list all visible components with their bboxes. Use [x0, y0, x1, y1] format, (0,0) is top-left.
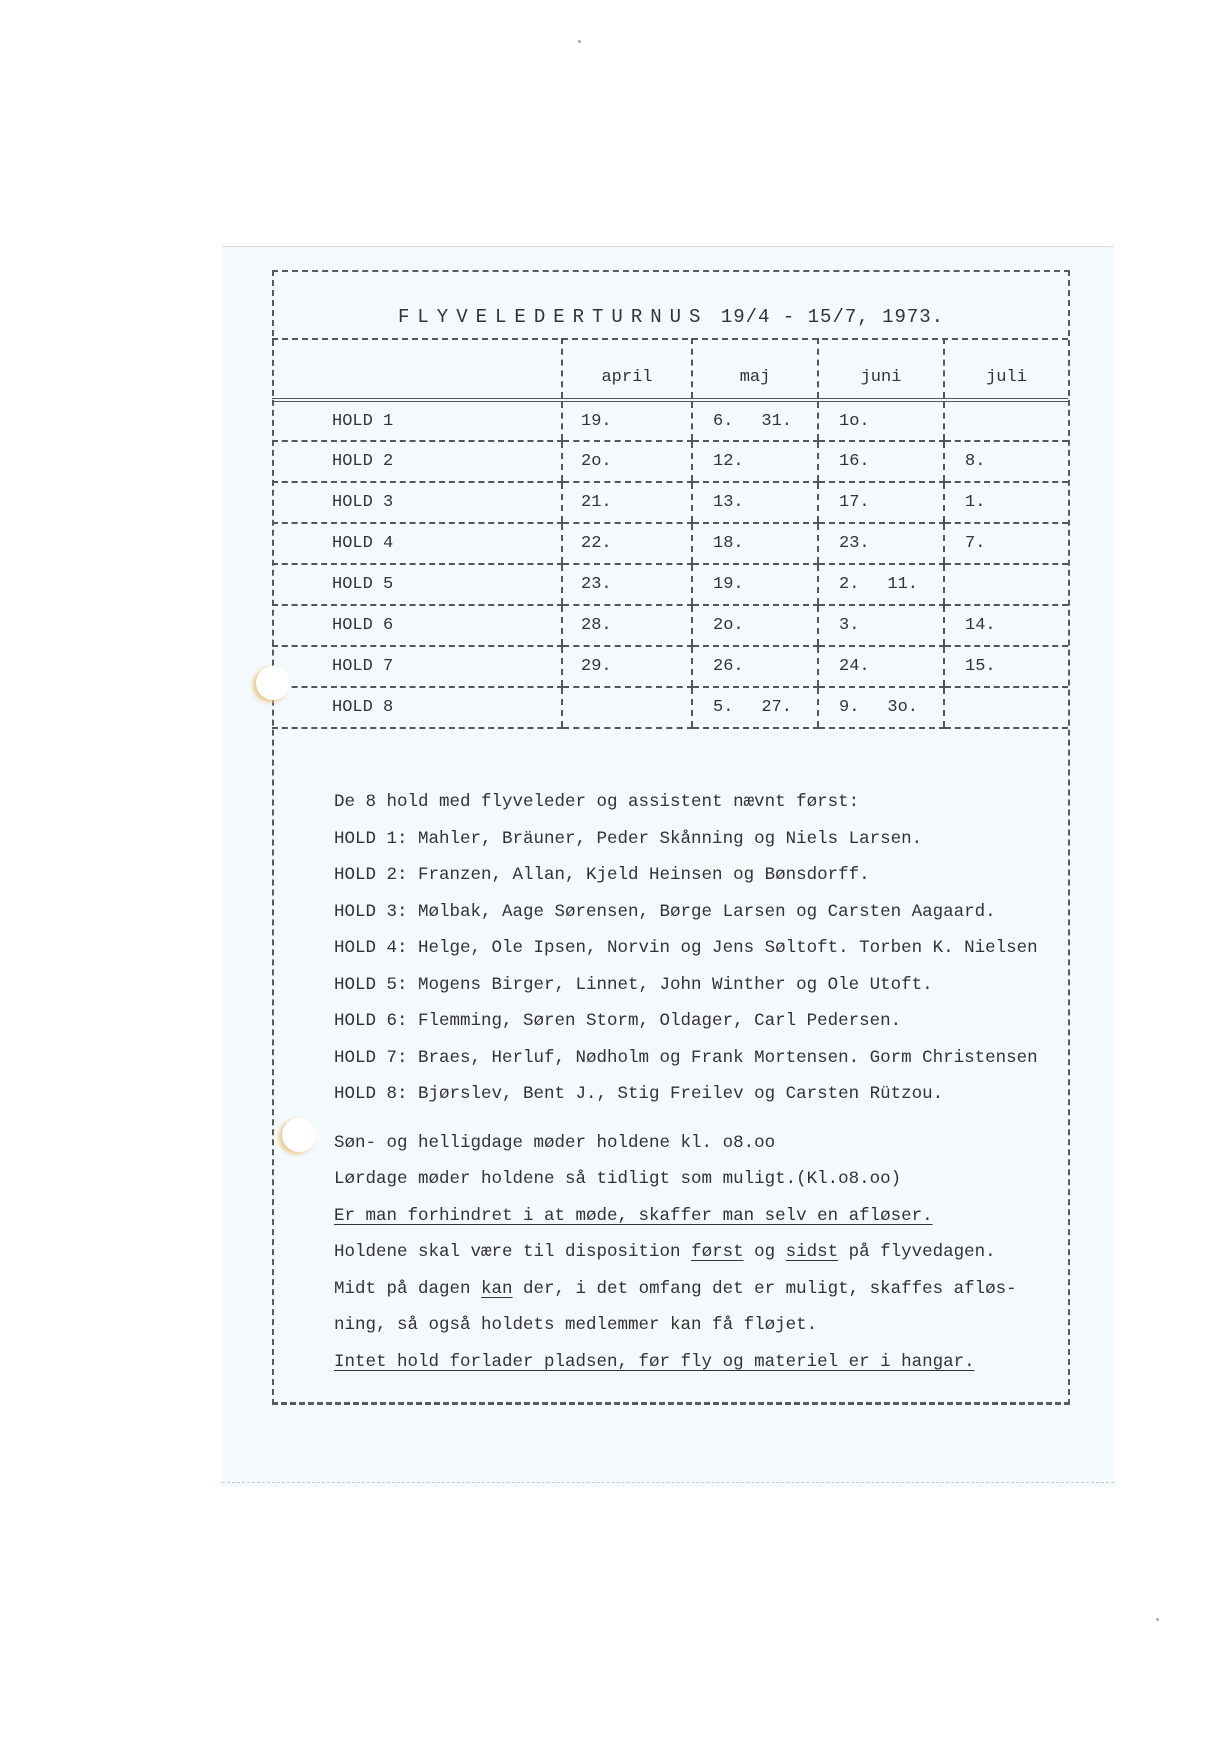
date-cell-juni: 2.11.: [818, 564, 944, 605]
header-april: april: [562, 338, 692, 400]
title-dates: 19/4 - 15/7, 1973.: [721, 306, 944, 328]
table-row: HOLD 321.13.17.1.: [272, 482, 1068, 523]
rule-sunday: Søn- og helligdage møder holdene kl. o8.…: [334, 1125, 1074, 1162]
date: 23.: [581, 575, 612, 594]
table-row: HOLD 85.27.9.3o.: [272, 687, 1068, 728]
text: Holdene skal være til disposition: [334, 1242, 691, 1262]
team-line: HOLD 7: Braes, Herluf, Nødholm og Frank …: [334, 1040, 1074, 1077]
table-row: HOLD 422.18.23.7.: [272, 523, 1068, 564]
date-cell-april: 2o.: [562, 441, 692, 482]
rule-saturday: Lørdage møder holdene så tidligt som mul…: [334, 1161, 1074, 1198]
date: 14.: [965, 616, 996, 635]
date-cell-maj: 13.: [692, 482, 818, 523]
date: 5.: [713, 698, 733, 717]
paper-edge: [222, 1482, 1114, 1485]
date: 31.: [761, 412, 792, 431]
date-cell-juni: 1o.: [818, 400, 944, 441]
date: 23.: [839, 534, 870, 553]
date-cell-april: 23.: [562, 564, 692, 605]
date-cell-juni: 9.3o.: [818, 687, 944, 728]
date-cell-april: [562, 687, 692, 728]
rota-table: april maj juni juli HOLD 119.6.31.1o.HOL…: [272, 338, 1068, 729]
date-cell-juni: 3.: [818, 605, 944, 646]
team-line: HOLD 2: Franzen, Allan, Kjeld Heinsen og…: [334, 857, 1074, 894]
date: 6.: [713, 412, 733, 431]
teams-list: HOLD 1: Mahler, Bräuner, Peder Skånning …: [334, 821, 1074, 1113]
date-cell-juli: [944, 687, 1068, 728]
text: der, i det omfang det er muligt, skaffes…: [513, 1279, 1017, 1299]
text: og: [744, 1242, 786, 1262]
team-line: HOLD 6: Flemming, Søren Storm, Oldager, …: [334, 1003, 1074, 1040]
date-cell-juni: 16.: [818, 441, 944, 482]
hold-label: HOLD 4: [272, 523, 562, 564]
text: Midt på dagen: [334, 1279, 481, 1299]
date: 22.: [581, 534, 612, 553]
date-cell-maj: 12.: [692, 441, 818, 482]
date: 1o.: [839, 412, 870, 431]
title-row: [272, 270, 1068, 340]
date: 16.: [839, 452, 870, 471]
date-cell-maj: 2o.: [692, 605, 818, 646]
date: 7.: [965, 534, 985, 553]
rule-midday: Midt på dagen kan der, i det omfang det …: [334, 1271, 1074, 1308]
date-cell-juli: 14.: [944, 605, 1068, 646]
rule-midday-cont: ning, så også holdets medlemmer kan få f…: [334, 1307, 1074, 1344]
date-cell-juli: [944, 564, 1068, 605]
date-cell-april: 19.: [562, 400, 692, 441]
hold-label: HOLD 6: [272, 605, 562, 646]
hold-label: HOLD 1: [272, 400, 562, 441]
date: 27.: [761, 698, 792, 717]
date: 1.: [965, 493, 985, 512]
date: 8.: [965, 452, 985, 471]
team-line: HOLD 3: Mølbak, Aage Sørensen, Børge Lar…: [334, 894, 1074, 931]
header-blank: [272, 338, 562, 400]
date: 15.: [965, 657, 996, 676]
header-juli: juli: [944, 338, 1068, 400]
table-row: HOLD 119.6.31.1o.: [272, 400, 1068, 441]
date: 12.: [713, 452, 744, 471]
teams-intro: De 8 hold med flyveleder og assistent næ…: [334, 784, 1074, 821]
date-cell-maj: 19.: [692, 564, 818, 605]
punch-hole: [282, 1118, 316, 1152]
date-cell-april: 22.: [562, 523, 692, 564]
speck: [578, 40, 581, 43]
rule-disposition: Holdene skal være til disposition først …: [334, 1234, 1074, 1271]
date-cell-juni: 17.: [818, 482, 944, 523]
date: 3.: [839, 616, 859, 635]
header-juni: juni: [818, 338, 944, 400]
date: 13.: [713, 493, 744, 512]
date-cell-juli: [944, 400, 1068, 441]
date: 9.: [839, 698, 859, 717]
date: 21.: [581, 493, 612, 512]
date-cell-maj: 18.: [692, 523, 818, 564]
date: 28.: [581, 616, 612, 635]
text: på flyvedagen.: [838, 1242, 996, 1262]
rule-hangar: Intet hold forlader pladsen, før fly og …: [334, 1344, 1074, 1381]
date: 17.: [839, 493, 870, 512]
date-cell-maj: 5.27.: [692, 687, 818, 728]
date: 11.: [887, 575, 918, 594]
date: 26.: [713, 657, 744, 676]
hold-label: HOLD 7: [272, 646, 562, 687]
date-cell-april: 21.: [562, 482, 692, 523]
team-line: HOLD 8: Bjørslev, Bent J., Stig Freilev …: [334, 1076, 1074, 1113]
date: 19.: [581, 412, 612, 431]
emphasis-kan: kan: [481, 1279, 513, 1299]
date: 29.: [581, 657, 612, 676]
date: 24.: [839, 657, 870, 676]
speck: [1156, 1618, 1159, 1621]
date-cell-april: 29.: [562, 646, 692, 687]
date: 19.: [713, 575, 744, 594]
table-row: HOLD 523.19.2.11.: [272, 564, 1068, 605]
hold-label: HOLD 5: [272, 564, 562, 605]
team-line: HOLD 5: Mogens Birger, Linnet, John Wint…: [334, 967, 1074, 1004]
emphasis-first: først: [691, 1242, 744, 1262]
date-cell-juli: 15.: [944, 646, 1068, 687]
title-text: FLYVELEDERTURNUS: [398, 306, 708, 328]
rule-absence: Er man forhindret i at møde, skaffer man…: [334, 1198, 1074, 1235]
punch-hole: [256, 666, 290, 700]
date: 2o.: [581, 452, 612, 471]
date-cell-juli: 7.: [944, 523, 1068, 564]
hold-label: HOLD 2: [272, 441, 562, 482]
document-title: FLYVELEDERTURNUS 19/4 - 15/7, 1973.: [398, 306, 944, 328]
table-header-row: april maj juni juli: [272, 338, 1068, 400]
team-line: HOLD 1: Mahler, Bräuner, Peder Skånning …: [334, 821, 1074, 858]
date-cell-juni: 24.: [818, 646, 944, 687]
table-row: HOLD 22o.12.16.8.: [272, 441, 1068, 482]
date: 18.: [713, 534, 744, 553]
table-row: HOLD 628.2o.3.14.: [272, 605, 1068, 646]
date-cell-juni: 23.: [818, 523, 944, 564]
date: 2.: [839, 575, 859, 594]
emphasis-last: sidst: [786, 1242, 839, 1262]
hold-label: HOLD 8: [272, 687, 562, 728]
header-maj: maj: [692, 338, 818, 400]
date: 2o.: [713, 616, 744, 635]
table-row: HOLD 729.26.24.15.: [272, 646, 1068, 687]
date-cell-maj: 26.: [692, 646, 818, 687]
date-cell-maj: 6.31.: [692, 400, 818, 441]
team-line: HOLD 4: Helge, Ole Ipsen, Norvin og Jens…: [334, 930, 1074, 967]
hold-label: HOLD 3: [272, 482, 562, 523]
date-cell-juli: 8.: [944, 441, 1068, 482]
date-cell-april: 28.: [562, 605, 692, 646]
date-cell-juli: 1.: [944, 482, 1068, 523]
body-text: De 8 hold med flyveleder og assistent næ…: [334, 784, 1074, 1380]
date: 3o.: [887, 698, 918, 717]
